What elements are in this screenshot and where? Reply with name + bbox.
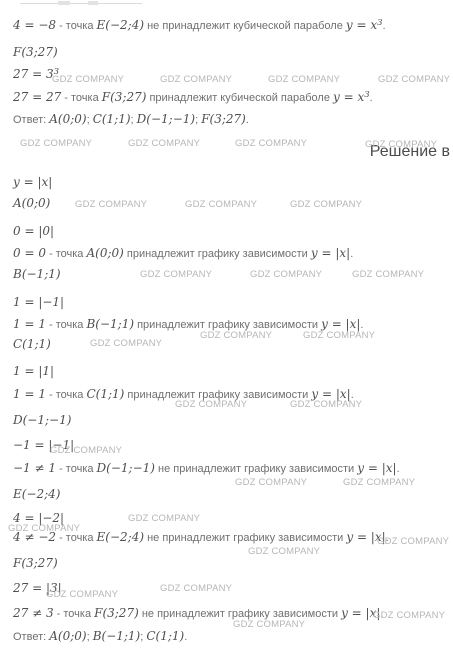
math-fragment: 0 = |0| [13, 224, 54, 238]
math-fragment: C(1;1) [13, 337, 51, 351]
math-fragment: 1 = |1| [13, 364, 54, 378]
text-fragment: - точка [56, 463, 97, 475]
math-fragment: A(0;0) [13, 196, 50, 210]
watermark: GDZ COMPANY [248, 546, 320, 557]
math-fragment: D(−1;−1) [97, 461, 155, 475]
solution-line: 0 = 0 - точка A(0;0) принадлежит графику… [13, 246, 353, 261]
watermark: GDZ COMPANY [235, 138, 307, 149]
watermark: GDZ COMPANY [290, 199, 362, 210]
text-fragment: - точка [46, 248, 87, 260]
math-fragment: C(1;1) [146, 629, 184, 643]
text-fragment: Ответ: [13, 631, 49, 643]
solution-line: 0 = |0| [13, 224, 54, 238]
text-fragment: . [370, 92, 373, 104]
watermark: GDZ COMPANY [128, 138, 200, 149]
text-fragment: . [184, 631, 187, 643]
text-fragment: принадлежит графику зависимости [124, 248, 311, 260]
math-fragment: F(3;27) [13, 556, 58, 570]
math-fragment: 0 = 0 [13, 246, 46, 260]
text-fragment: - точка [61, 92, 102, 104]
solution-line: C(1;1) [13, 337, 51, 351]
watermark: GDZ COMPANY [8, 523, 80, 534]
solution-line: F(3;27) [13, 45, 58, 59]
watermark: GDZ COMPANY [128, 513, 200, 524]
watermark: GDZ COMPANY [50, 445, 122, 456]
solution-line: Ответ: A(0;0); B(−1;1); C(1;1). [13, 629, 187, 644]
math-fragment: A(0;0) [49, 629, 86, 643]
math-fragment: F(3;27) [102, 90, 147, 104]
math-fragment: y = x [333, 90, 364, 104]
math-fragment: E(−2;4) [13, 487, 61, 501]
watermark: GDZ COMPANY [46, 589, 118, 600]
solution-line: B(−1;1) [13, 267, 61, 281]
watermark: GDZ COMPANY [140, 269, 212, 280]
math-fragment: F(3;27) [13, 45, 58, 59]
math-fragment: 27 = 3 [13, 67, 54, 81]
watermark: GDZ COMPANY [378, 74, 450, 85]
artifact-blob [88, 1, 98, 5]
watermark: GDZ COMPANY [75, 199, 147, 210]
watermark: GDZ COMPANY [20, 138, 92, 149]
math-fragment: 4 = −8 [13, 18, 56, 32]
math-fragment: F(3;27) [94, 606, 139, 620]
solution-line: A(0;0) [13, 196, 50, 210]
text-fragment: не принадлежит графику зависимости [144, 532, 346, 544]
math-fragment: −1 ≠ 1 [13, 461, 56, 475]
watermark: GDZ COMPANY [365, 139, 437, 150]
solution-line: 27 ≠ 3 - точка F(3;27) не принадлежит гр… [13, 606, 383, 621]
math-fragment: C(1;1) [86, 387, 124, 401]
solution-document: Решение в 4 = −8 - точка E(−2;4) не прин… [0, 0, 453, 662]
math-fragment: 27 ≠ 3 [13, 606, 54, 620]
math-fragment: A(0;0) [49, 112, 86, 126]
watermark: GDZ COMPANY [377, 536, 449, 547]
math-fragment: B(−1;1) [93, 629, 141, 643]
solution-line: 4 = −8 - точка E(−2;4) не принадлежит ку… [13, 17, 386, 33]
text-fragment: - точка [54, 608, 95, 620]
text-fragment: принадлежит кубической параболе [146, 92, 333, 104]
math-fragment: D(−1;−1) [137, 112, 195, 126]
watermark: GDZ COMPANY [373, 610, 445, 621]
math-fragment: y = |x| [311, 246, 350, 260]
text-fragment: . [350, 248, 353, 260]
math-fragment: y = x [346, 18, 377, 32]
watermark: GDZ COMPANY [290, 399, 362, 410]
solution-line: Ответ: A(0;0); C(1;1); D(−1;−1); F(3;27)… [13, 112, 249, 127]
watermark: GDZ COMPANY [160, 583, 232, 594]
math-fragment: 1 = 1 [13, 387, 46, 401]
text-fragment: - точка [46, 389, 87, 401]
math-fragment: F(3;27) [201, 112, 246, 126]
watermark: GDZ COMPANY [235, 477, 307, 488]
solution-line: D(−1;−1) [13, 413, 71, 427]
watermark: GDZ COMPANY [160, 74, 232, 85]
text-fragment: - точка [46, 319, 87, 331]
math-fragment: E(−2;4) [97, 18, 145, 32]
math-fragment: 1 = |−1| [13, 295, 64, 309]
solution-line: 27 = 27 - точка F(3;27) принадлежит куби… [13, 89, 373, 105]
watermark: GDZ COMPANY [268, 74, 340, 85]
solution-line: E(−2;4) [13, 487, 61, 501]
math-fragment: D(−1;−1) [13, 413, 71, 427]
watermark: GDZ COMPANY [343, 477, 415, 488]
math-fragment: B(−1;1) [86, 317, 134, 331]
math-fragment: E(−2;4) [97, 530, 145, 544]
math-fragment: y = |x| [357, 461, 396, 475]
math-fragment: 27 = 27 [13, 90, 61, 104]
solution-line: 1 = |−1| [13, 295, 64, 309]
text-fragment: Ответ: [13, 114, 49, 126]
solution-line: 1 = |1| [13, 364, 54, 378]
text-fragment: . [383, 20, 386, 32]
solution-line: −1 ≠ 1 - точка D(−1;−1) не принадлежит г… [13, 461, 400, 476]
text-fragment: не принадлежит кубической параболе [144, 20, 346, 32]
math-fragment: A(0;0) [86, 246, 123, 260]
solution-line: y = |x| [13, 175, 52, 189]
watermark: GDZ COMPANY [303, 330, 375, 341]
watermark: GDZ COMPANY [233, 619, 305, 630]
watermark: GDZ COMPANY [90, 338, 162, 349]
math-fragment: y = |x| [321, 317, 360, 331]
top-crop-artifact [20, 3, 142, 4]
watermark: GDZ COMPANY [175, 399, 247, 410]
text-fragment: . [397, 463, 400, 475]
watermark: GDZ COMPANY [250, 269, 322, 280]
solution-line: F(3;27) [13, 556, 58, 570]
watermark: GDZ COMPANY [185, 199, 257, 210]
watermark: GDZ COMPANY [352, 269, 424, 280]
math-fragment: 1 = 1 [13, 317, 46, 331]
math-fragment: C(1;1) [93, 112, 131, 126]
watermark: GDZ COMPANY [200, 330, 272, 341]
text-fragment: . [246, 114, 249, 126]
watermark: GDZ COMPANY [52, 74, 124, 85]
math-fragment: B(−1;1) [13, 267, 61, 281]
text-fragment: - точка [56, 20, 97, 32]
artifact-blob [58, 1, 70, 5]
text-fragment: не принадлежит графику зависимости [155, 463, 357, 475]
math-fragment: y = |x| [13, 175, 52, 189]
